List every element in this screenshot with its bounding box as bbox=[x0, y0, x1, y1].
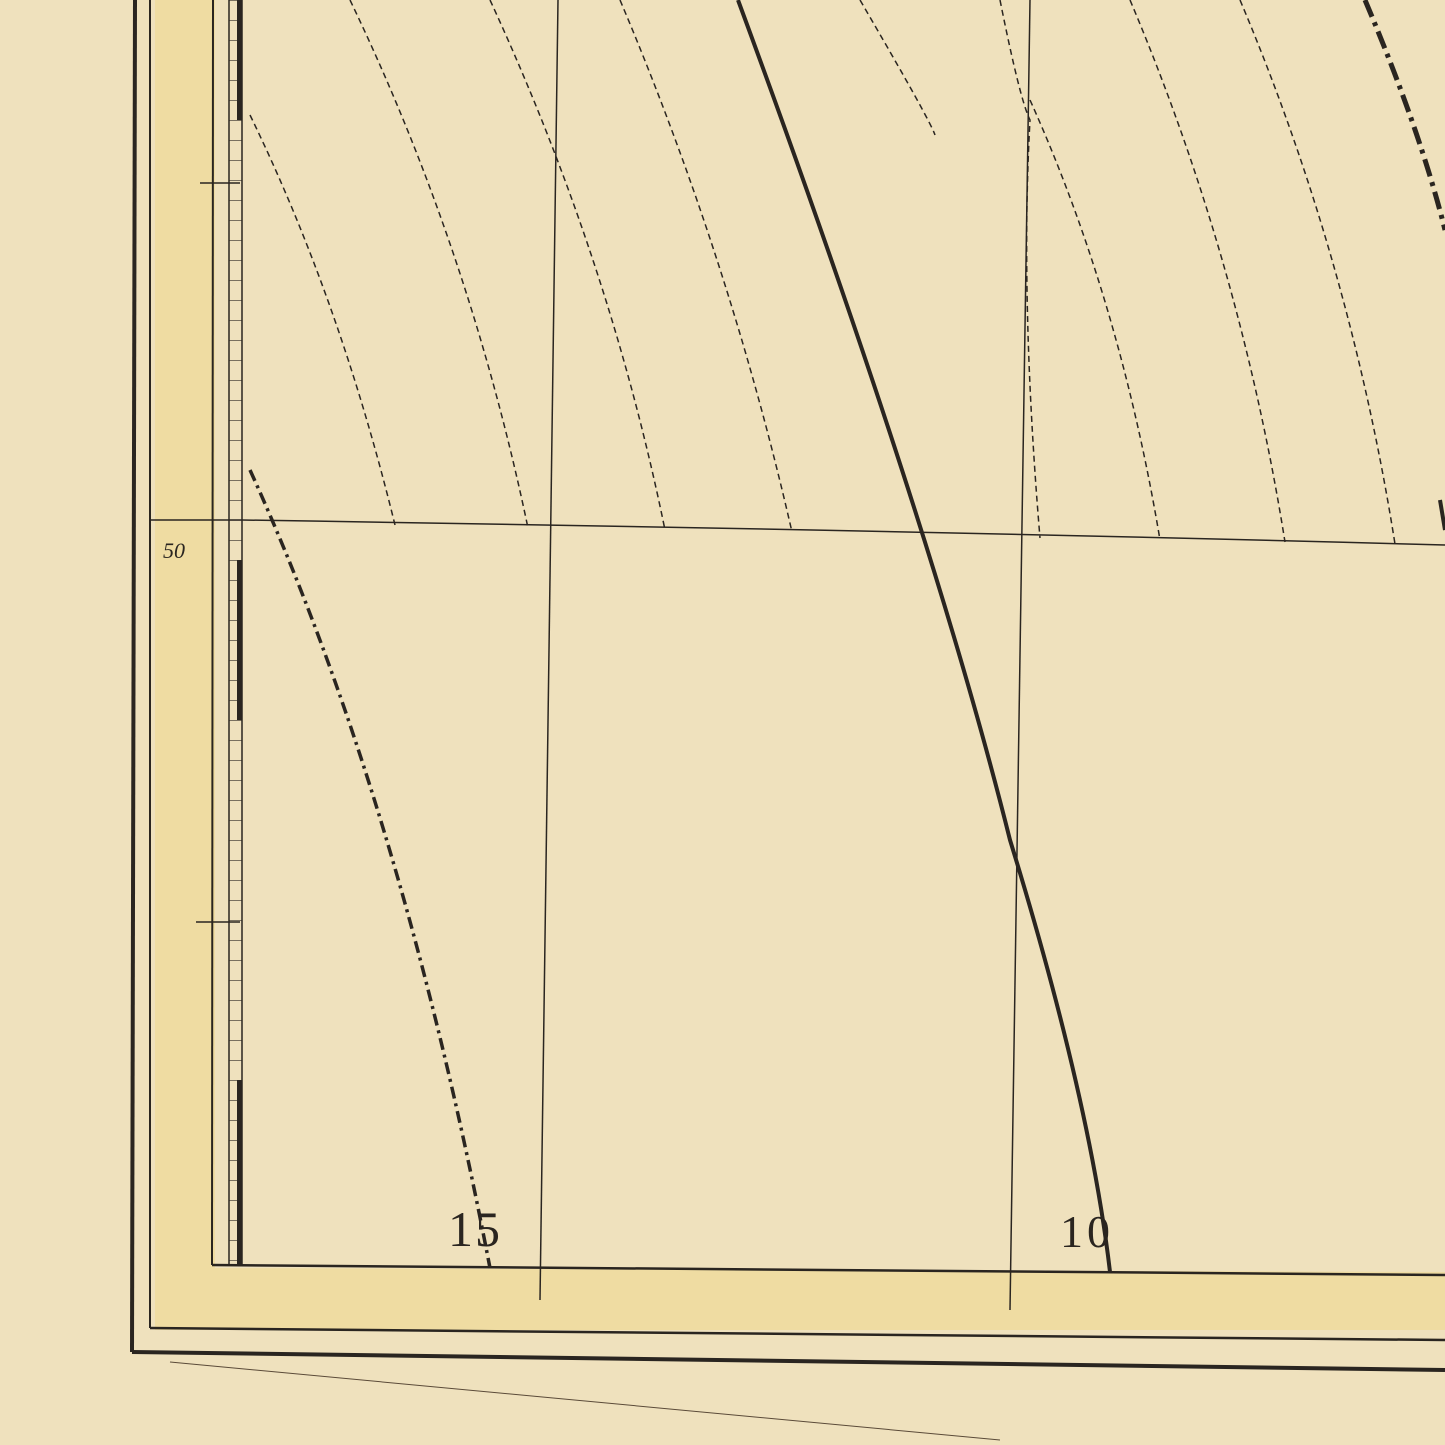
latitude-label-50: 50 bbox=[163, 538, 185, 564]
latitude-50-line bbox=[242, 520, 1445, 545]
border-band bbox=[155, 0, 1445, 1330]
longitude-label-10: 10 bbox=[1060, 1205, 1114, 1258]
heavy-dash-dot-boundary bbox=[1365, 0, 1445, 230]
map-graphics bbox=[0, 0, 1445, 1445]
antique-map: 50 15 10 bbox=[0, 0, 1445, 1445]
heavy-solid-curve bbox=[738, 0, 1110, 1272]
dash-dot-curve-15 bbox=[250, 470, 490, 1268]
longitude-label-15: 15 bbox=[448, 1200, 502, 1258]
